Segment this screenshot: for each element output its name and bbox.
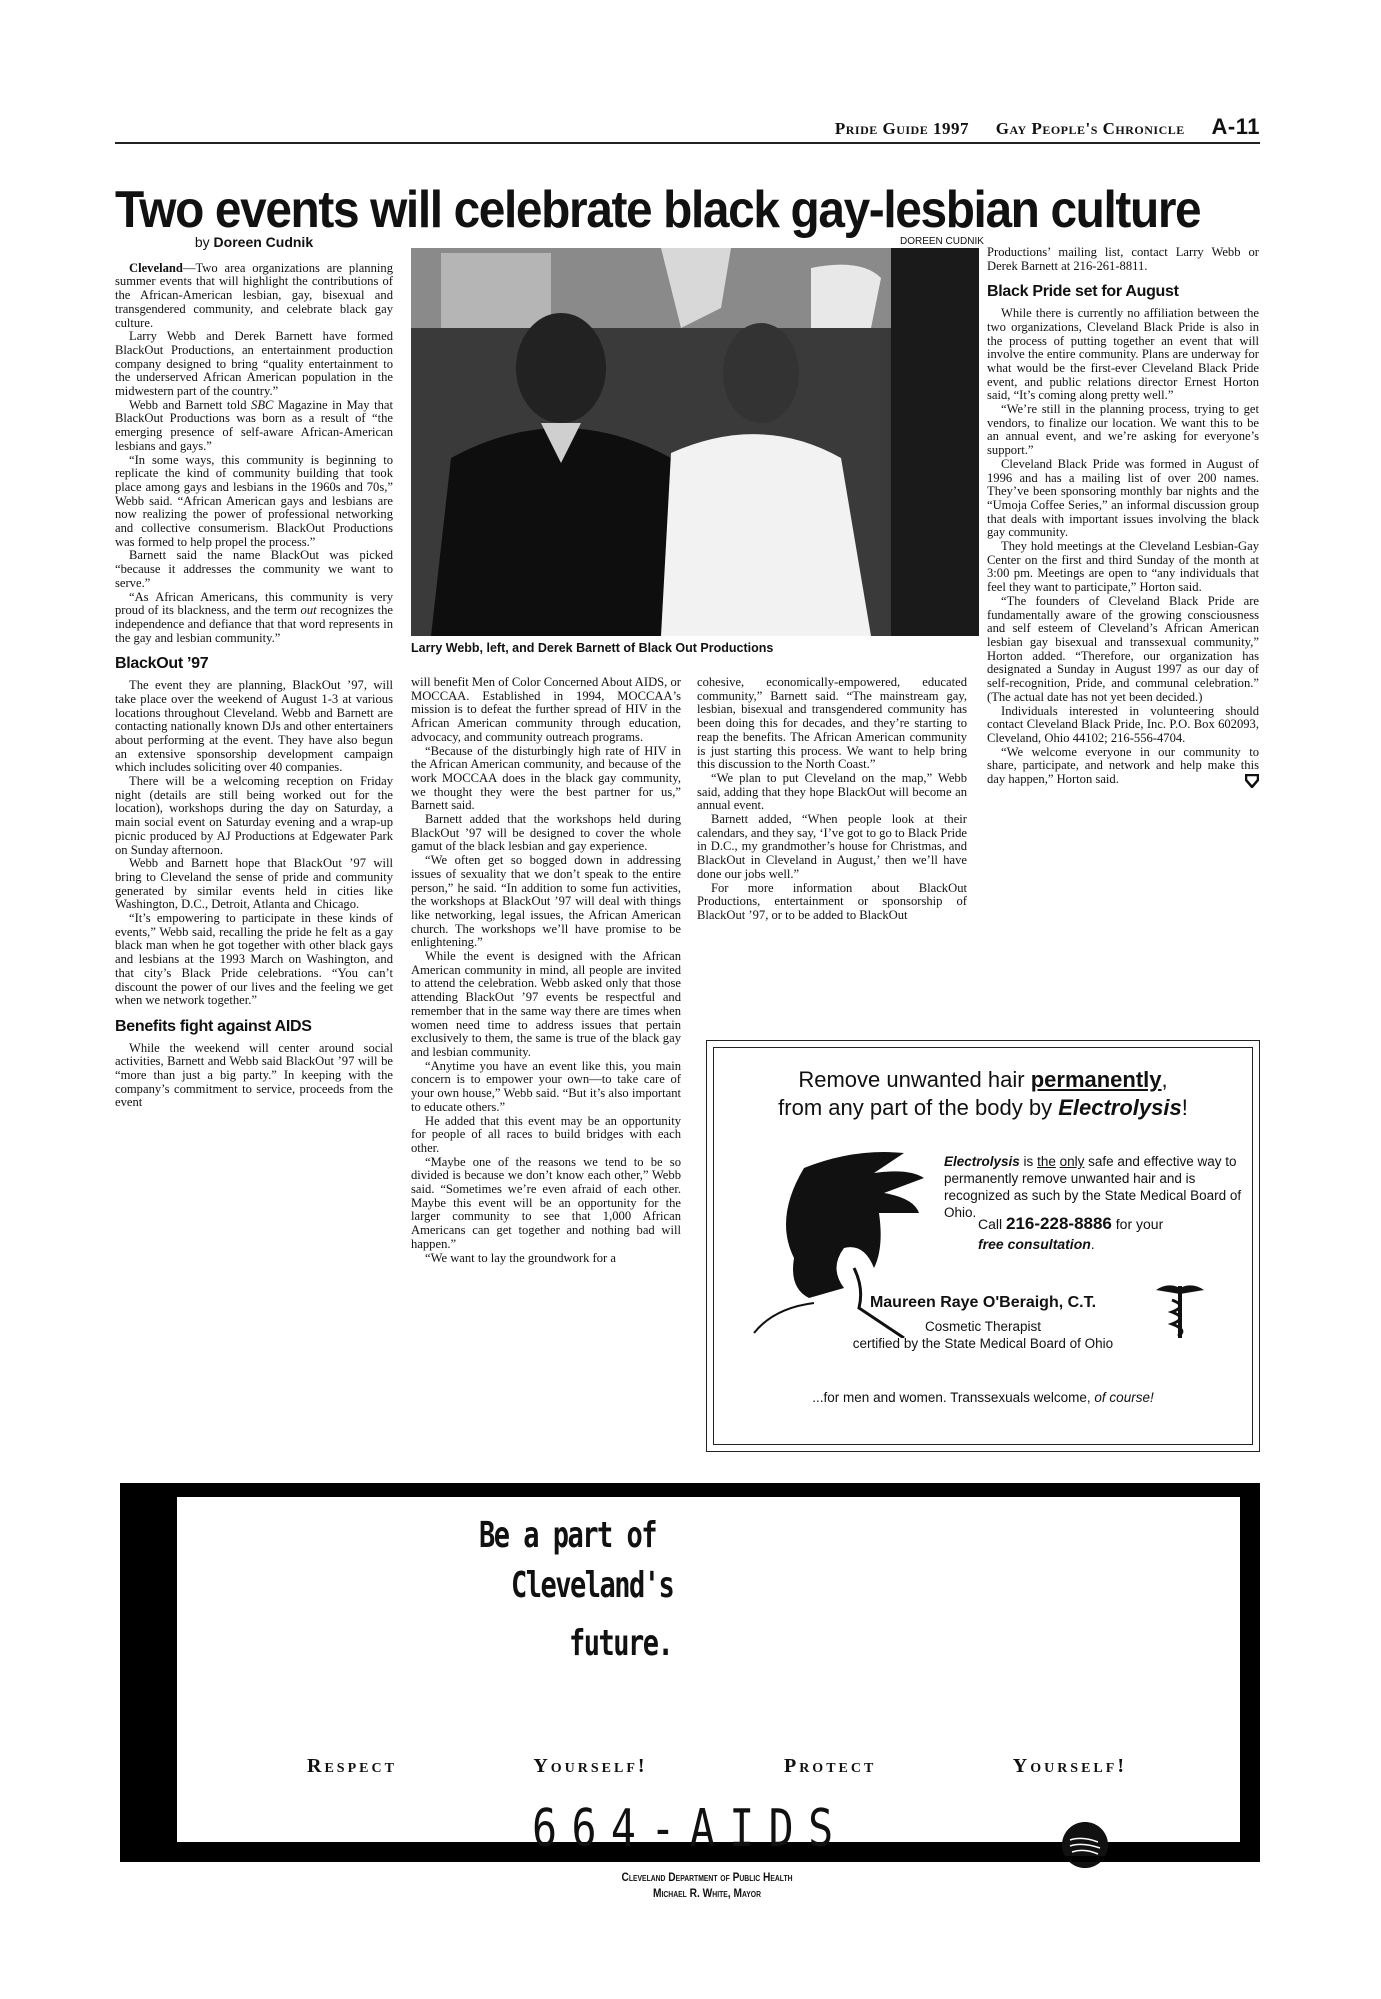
article-column-3: cohesive, economically-empowered, educat… (697, 676, 967, 923)
ad-headline: Remove unwanted hair permanently, from a… (714, 1066, 1252, 1122)
paragraph: While the event is designed with the Afr… (411, 950, 681, 1060)
slogan-line-2: Cleveland's (511, 1565, 673, 1606)
respect-protect-tagline: Respect Yourself! Protect Yourself! (307, 1755, 1127, 1778)
paragraph: “It’s empowering to participate in these… (115, 912, 393, 1008)
article-column-1: by Doreen Cudnik Cleveland—Two area orga… (115, 228, 393, 1110)
ad-footer: ...for men and women. Transsexuals welco… (714, 1390, 1252, 1405)
paragraph: cohesive, economically-empowered, educat… (697, 676, 967, 772)
paragraph: For more information about BlackOut Prod… (697, 882, 967, 923)
paragraph: Cleveland—Two area organizations are pla… (115, 262, 393, 331)
ad-phone: 216-228-8886 (1006, 1214, 1112, 1233)
subhead-blackout-97: BlackOut ’97 (115, 657, 393, 671)
paragraph: There will be a welcoming reception on F… (115, 775, 393, 857)
subhead-benefits: Benefits fight against AIDS (115, 1020, 393, 1034)
paragraph: “As African Americans, this community is… (115, 591, 393, 646)
paragraph: Barnett added that the workshops held du… (411, 813, 681, 854)
electrolysis-ad: Remove unwanted hair permanently, from a… (706, 1040, 1260, 1452)
caduceus-icon (1154, 1280, 1206, 1340)
paragraph: “We often get so bogged down in addressi… (411, 854, 681, 950)
paragraph: “Maybe one of the reasons we tend to be … (411, 1156, 681, 1252)
paragraph: Productions’ mailing list, contact Larry… (987, 246, 1259, 273)
photo-credit: DOREEN CUDNIK (900, 236, 984, 247)
ad-call-to-action: Call 216-228-8886 for your free consulta… (978, 1214, 1163, 1254)
page-number: A-11 (1212, 114, 1260, 139)
paragraph: “We welcome everyone in our community to… (987, 746, 1259, 787)
slogan-line-1: Be a part of (479, 1515, 656, 1556)
paragraph: Cleveland Black Pride was formed in Augu… (987, 458, 1259, 540)
paragraph: The event they are planning, BlackOut ’9… (115, 679, 393, 775)
paragraph: will benefit Men of Color Concerned Abou… (411, 676, 681, 745)
dateline: Cleveland (129, 261, 183, 275)
paragraph: Webb and Barnett told SBC Magazine in Ma… (115, 399, 393, 454)
hotline-number: 664-AIDS (532, 1799, 848, 1859)
paragraph: Barnett added, “When people look at thei… (697, 813, 967, 882)
paragraph: “In some ways, this community is beginni… (115, 454, 393, 550)
department-credit: Cleveland Department of Public Health Mi… (546, 1869, 869, 1901)
article-column-4: Productions’ mailing list, contact Larry… (987, 246, 1259, 788)
paragraph: They hold meetings at the Cleveland Lesb… (987, 540, 1259, 595)
paragraph: “Because of the disturbingly high rate o… (411, 745, 681, 814)
paragraph: “We want to lay the groundwork for a (411, 1252, 681, 1266)
paragraph: “Anytime you have an event like this, yo… (411, 1060, 681, 1115)
paragraph: Webb and Barnett hope that BlackOut ’97 … (115, 857, 393, 912)
paragraph: “The founders of Cleveland Black Pride a… (987, 595, 1259, 705)
end-of-story-shield-icon (1245, 774, 1259, 788)
two-men-photo-icon (411, 248, 979, 636)
public-health-ad-panel: Be a part of Cleveland's future. Respect… (177, 1497, 1240, 1842)
subhead-black-pride: Black Pride set for August (987, 285, 1259, 299)
ad-body: Electrolysis is the only safe and effect… (944, 1153, 1244, 1221)
bottom-rule (120, 1856, 1260, 1862)
slogan-line-3: future. (569, 1623, 672, 1664)
article-column-2: will benefit Men of Color Concerned Abou… (411, 676, 681, 1265)
paragraph: Individuals interested in volunteering s… (987, 705, 1259, 746)
masthead: Pride Guide 1997 Gay People's Chronicle … (115, 112, 1260, 144)
paragraph: Barnett said the name BlackOut was picke… (115, 549, 393, 590)
paragraph: “We plan to put Cleveland on the map,” W… (697, 772, 967, 813)
paragraph: Larry Webb and Derek Barnett have formed… (115, 330, 393, 399)
paragraph: He added that this event may be an oppor… (411, 1115, 681, 1156)
byline: by Doreen Cudnik (115, 236, 393, 250)
paragraph: While there is currently no affiliation … (987, 307, 1259, 403)
section-name: Pride Guide 1997 (835, 119, 969, 138)
photo-caption: Larry Webb, left, and Derek Barnett of B… (411, 641, 773, 655)
paragraph: “We’re still in the planning process, tr… (987, 403, 1259, 458)
paragraph: While the weekend will center around soc… (115, 1042, 393, 1111)
author-name: Doreen Cudnik (214, 234, 314, 250)
publication-name: Gay People's Chronicle (996, 119, 1185, 138)
article-photo (411, 248, 979, 636)
